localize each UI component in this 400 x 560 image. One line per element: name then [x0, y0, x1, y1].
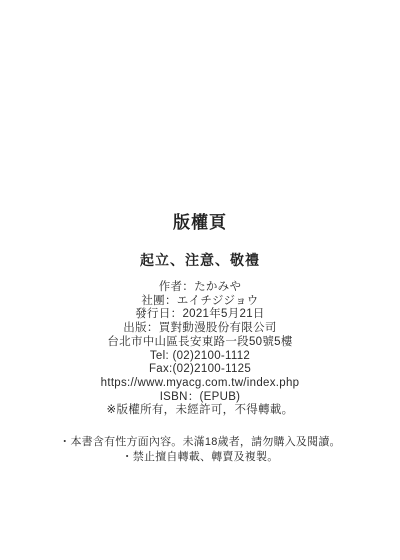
publisher-address-line: 台北市中山區長安東路一段50號5樓: [0, 336, 400, 350]
credit-author-line: 作者：たかみや: [0, 281, 400, 295]
adult-content-warning-line: ・本書含有性方面內容。未滿18歲者，請勿購入及閱讀。: [0, 435, 400, 450]
credits-block: 作者：たかみや 社團：エイチジジョウ 發行日：2021年5月21日 出版：買對動…: [0, 281, 400, 418]
isbn-line: ISBN：(EPUB): [0, 391, 400, 405]
publisher-url: https://www.myacg.com.tw/index.php: [0, 377, 400, 391]
page-title: 版權頁: [0, 212, 400, 234]
copyright-page: 版權頁 起立、注意、敬禮 作者：たかみや 社團：エイチジジョウ 發行日：2021…: [0, 0, 400, 560]
fax-line: Fax:(02)2100-1125: [0, 363, 400, 377]
book-title: 起立、注意、敬禮: [0, 251, 400, 270]
credit-issue-date-line: 發行日：2021年5月21日: [0, 308, 400, 322]
tel-line: Tel: (02)2100-1112: [0, 350, 400, 364]
notices-block: ・本書含有性方面內容。未滿18歲者，請勿購入及閱讀。 ・禁止擅自轉載、轉賣及複製…: [0, 435, 400, 465]
credit-circle-line: 社團：エイチジジョウ: [0, 295, 400, 309]
copyright-notice-line: ※版權所有，未經許可，不得轉載。: [0, 404, 400, 418]
no-reproduction-warning-line: ・禁止擅自轉載、轉賣及複製。: [0, 450, 400, 465]
credit-publisher-line: 出版：買對動漫股份有限公司: [0, 322, 400, 336]
